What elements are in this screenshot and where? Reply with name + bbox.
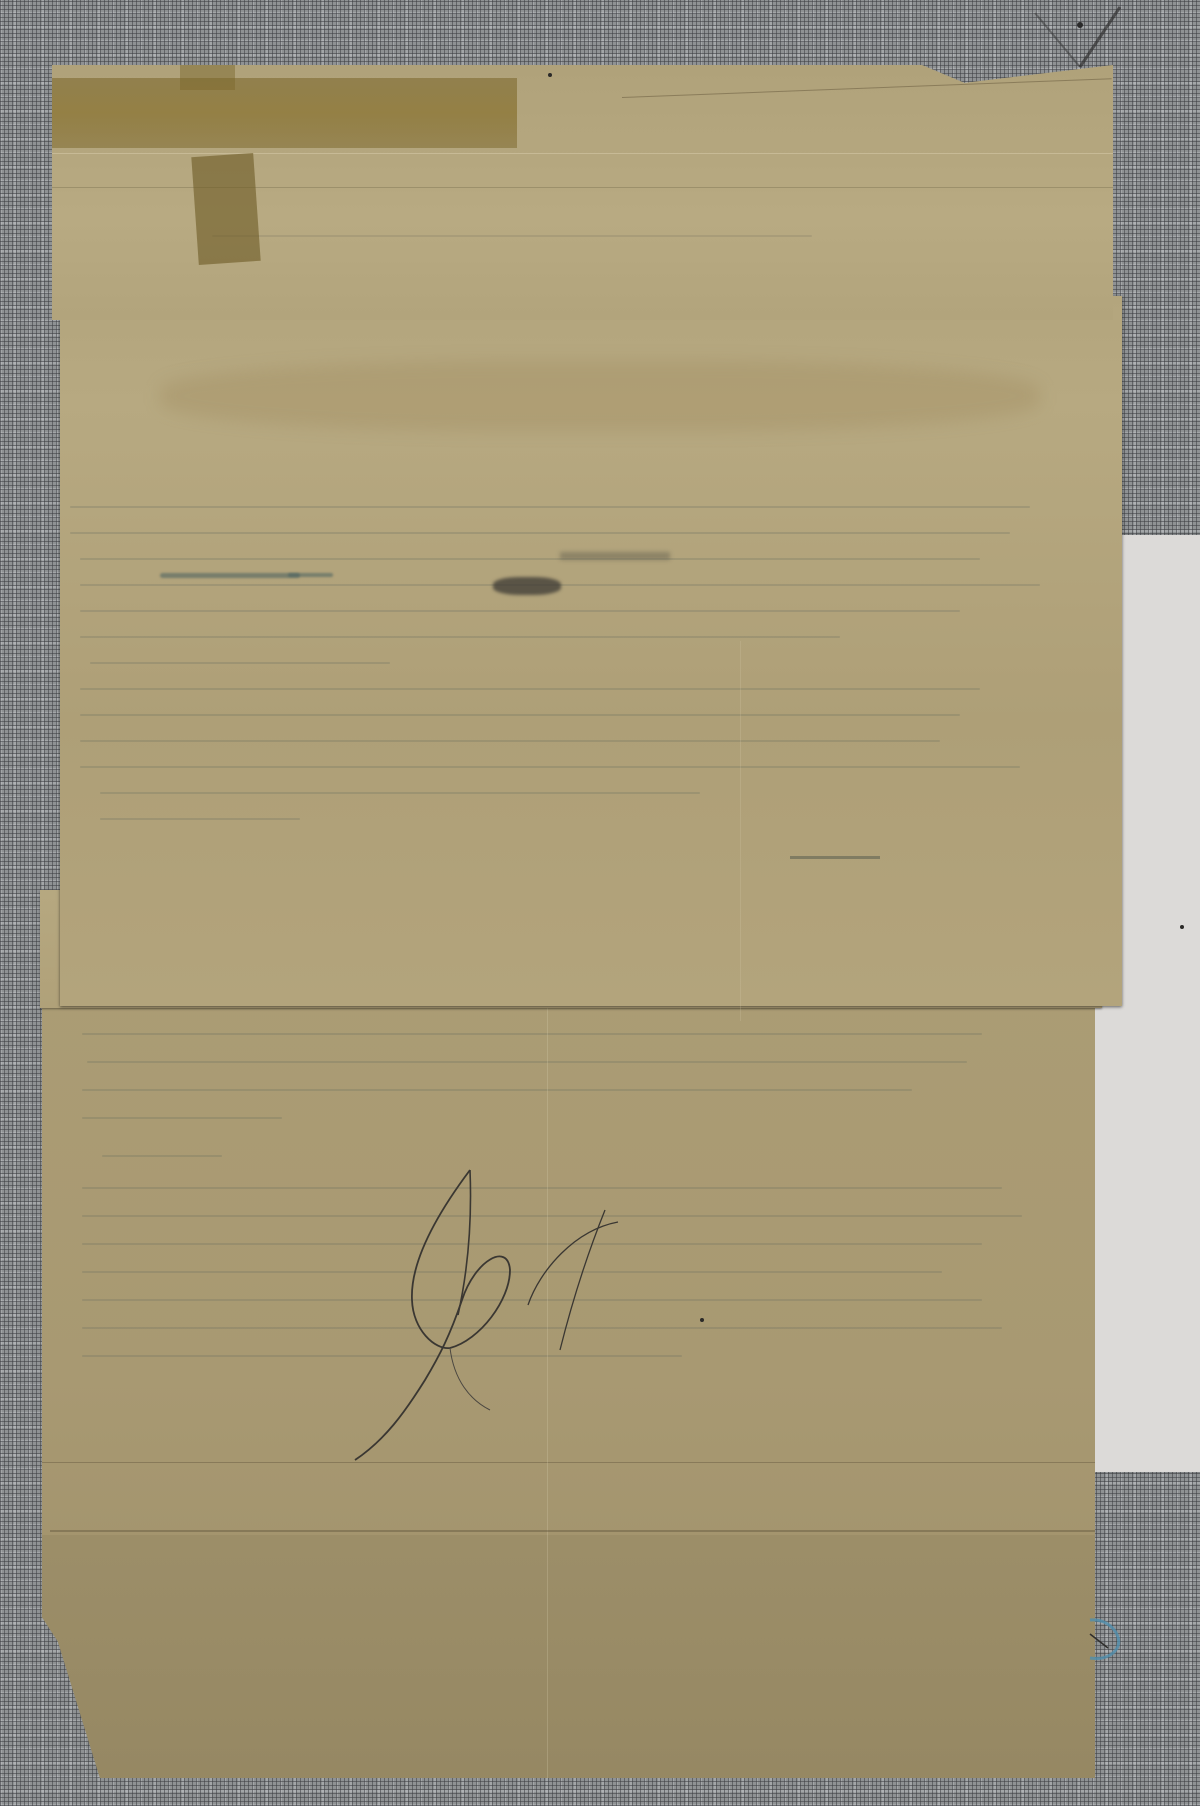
dust-speck [548, 73, 552, 77]
pencil-page-number: 67 [350, 1150, 650, 1470]
svg-text:67: 67 [350, 1150, 370, 1154]
blue-circle-mark [1088, 1612, 1122, 1664]
fold-line [50, 1530, 1095, 1532]
ink-blot [493, 577, 561, 595]
adhesive-tape [191, 153, 260, 265]
dust-speck [1180, 925, 1184, 929]
dust-speck [700, 1318, 704, 1322]
adhesive-tape [52, 78, 517, 148]
blue-ink-strike [160, 573, 300, 578]
middle-sheet [60, 296, 1122, 1006]
corner-pencil-mark [1025, 5, 1125, 75]
